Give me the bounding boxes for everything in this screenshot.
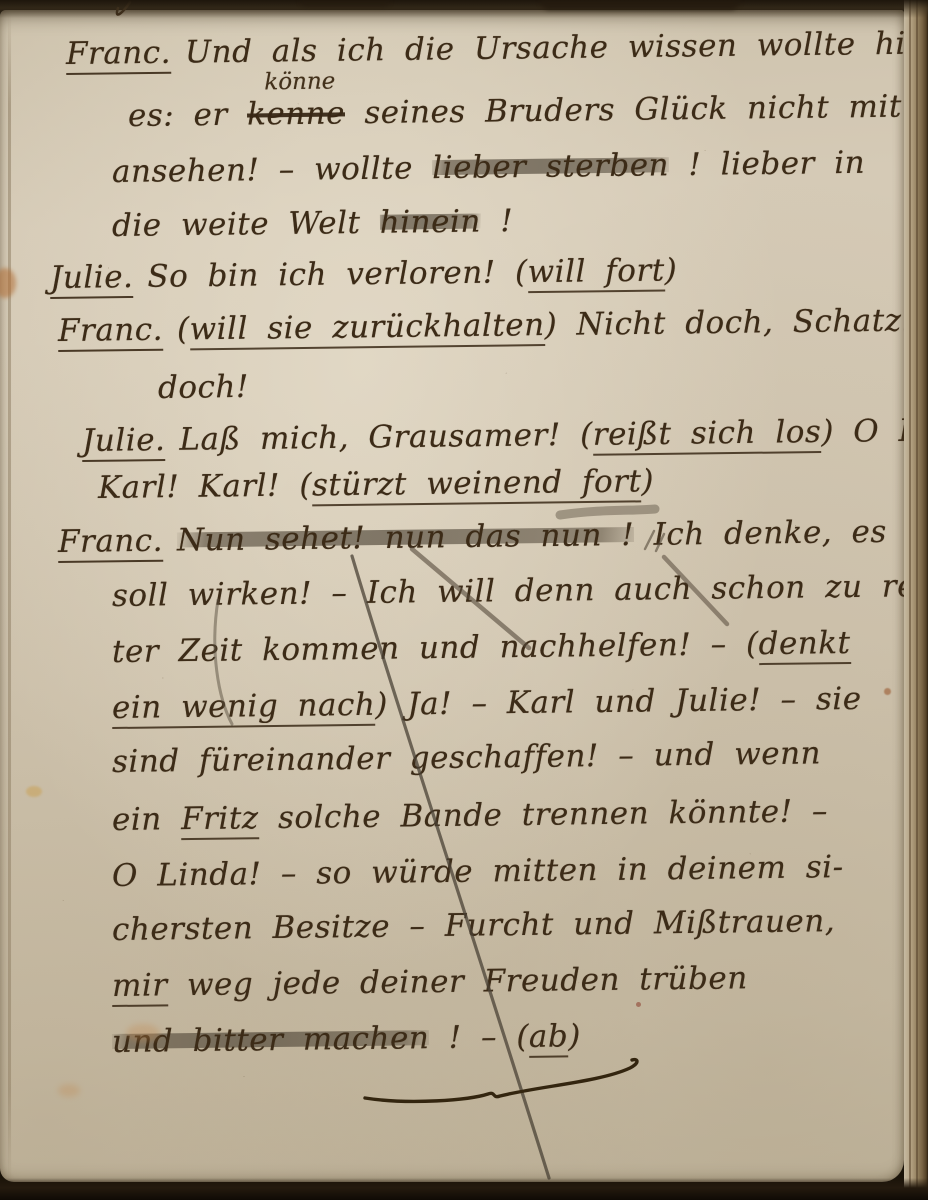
handwritten-text: reißt sich los [593, 414, 822, 456]
manuscript-line: mir weg jede deiner Freuden trüben [112, 960, 748, 1004]
manuscript-line: Julie.Laß mich, Grausamer! (reißt sich l… [82, 412, 928, 459]
speaker-label: Julie. [82, 422, 166, 462]
manuscript-line: Franc.(will sie zurückhalten) Nicht doch… [58, 301, 928, 349]
handwritten-text: Fritz [181, 800, 259, 840]
speaker-label: Franc. [58, 523, 163, 563]
handwritten-text: Ich denke, es [634, 514, 887, 553]
handwritten-text: doch! [158, 369, 249, 406]
handwritten-text: ein [112, 801, 182, 838]
handwritten-text: weg jede deiner Freuden trüben [167, 960, 747, 1003]
manuscript-line: O Linda! – so würde mitten in deinem si- [112, 849, 844, 894]
handwritten-text: ! [481, 203, 514, 239]
handwritten-text: chersten Besitze – Furcht und Mißtrauen, [112, 903, 836, 948]
handwritten-text: ab [529, 1018, 569, 1057]
manuscript-line: es: er kennekönne seines Bruders Glück n… [128, 89, 902, 134]
manuscript-line: Julie.So bin ich verloren! (will fort) [50, 252, 678, 296]
manuscript-line: ein wenig nach) Ja! – Karl und Julie! – … [112, 681, 862, 726]
handwritten-text: ) Ja! – Karl und Julie! – sie [375, 681, 862, 723]
handwritten-text: Nun sehet! nun das nun ! [177, 517, 635, 559]
manuscript-line: und bitter machen ! – (ab) [112, 1018, 581, 1060]
page-edge-line [916, 0, 918, 1200]
manuscript-line: ein Fritz solche Bande trennen könnte! – [112, 793, 828, 838]
handwritten-text: ter Zeit kommen und nachhelfen! – ( [112, 626, 759, 670]
handwritten-text: Laß mich, Grausamer! ( [179, 417, 593, 458]
handwritten-text: es: er [128, 97, 248, 134]
handwritten-text: und bitter machen [112, 1020, 430, 1060]
book-page-edges [904, 0, 928, 1200]
handwritten-text: ) [664, 252, 677, 288]
handwritten-text: seines Bruders Glück nicht mit [345, 89, 902, 132]
manuscript-line: Karl! Karl! (stürzt weinend fort) [98, 463, 654, 506]
handwritten-text: hinein [380, 203, 482, 240]
handwritten-text: O Linda! – so würde mitten in deinem si- [112, 849, 844, 894]
handwritten-text: ! – ( [429, 1019, 529, 1056]
handwritten-text: ansehen! – wollte [112, 150, 433, 190]
handwriting-block: Franc.Und als ich die Ursache wissen wol… [0, 10, 904, 1182]
edge-smudge [300, 0, 390, 7]
speaker-label: Julie. [50, 259, 134, 299]
handwritten-text: ein wenig nach [112, 687, 376, 729]
edge-smudge [540, 0, 740, 10]
paper-page: Franc.Und als ich die Ursache wissen wol… [0, 10, 904, 1182]
page-edge-line [909, 0, 911, 1200]
handwritten-text: die weite Welt [112, 205, 380, 244]
manuscript-line: ansehen! – wollte lieber sterben ! liebe… [112, 145, 866, 190]
inserted-correction-word: könne [264, 68, 335, 95]
speaker-label: Franc. [66, 35, 171, 75]
handwritten-text: sind füreinander geschaffen! – und wenn [112, 735, 821, 780]
handwritten-text: ( [177, 311, 190, 347]
handwritten-text: ) [568, 1018, 581, 1054]
handwritten-text: mir [112, 967, 168, 1007]
handwritten-text: ! lieber in [669, 145, 866, 183]
handwritten-text: lieber sterben [432, 147, 669, 186]
handwritten-text: ) [641, 463, 654, 499]
handwritten-text: So bin ich verloren! ( [147, 254, 528, 295]
handwritten-text: will fort [527, 252, 665, 293]
manuscript-photo: Franc.Und als ich die Ursache wissen wol… [0, 0, 928, 1200]
speaker-label: Franc. [58, 312, 163, 352]
manuscript-line: Franc.Und als ich die Ursache wissen wol… [66, 25, 928, 72]
handwritten-text: soll wirken! – Ich will denn auch schon … [112, 568, 928, 614]
manuscript-line: Franc.Nun sehet! nun das nun ! Ich denke… [58, 514, 887, 560]
manuscript-line: doch! [158, 369, 249, 406]
handwritten-text: kennekönne [247, 95, 345, 132]
manuscript-line: ter Zeit kommen und nachhelfen! – (denkt [112, 625, 851, 670]
handwritten-text: denkt [758, 625, 850, 665]
handwritten-text: stürzt weinend fort [312, 463, 642, 506]
handwritten-text: ) Nicht doch, Schatz! nicht [544, 301, 928, 343]
handwritten-text: Und als ich die Ursache wissen wollte hi… [185, 25, 928, 70]
bottom-shadow-edge [0, 1178, 928, 1200]
handwritten-text: will sie zurückhalten [189, 307, 544, 350]
handwritten-text: Karl! Karl! ( [98, 467, 312, 506]
handwritten-text: solche Bande trennen könnte! – [258, 793, 828, 836]
manuscript-line: die weite Welt hinein ! [112, 203, 514, 244]
manuscript-line: soll wirken! – Ich will denn auch schon … [112, 568, 928, 614]
top-shadow-edge [0, 0, 928, 18]
manuscript-line: sind füreinander geschaffen! – und wenn [112, 735, 821, 780]
manuscript-line: chersten Besitze – Furcht und Mißtrauen, [112, 903, 836, 948]
